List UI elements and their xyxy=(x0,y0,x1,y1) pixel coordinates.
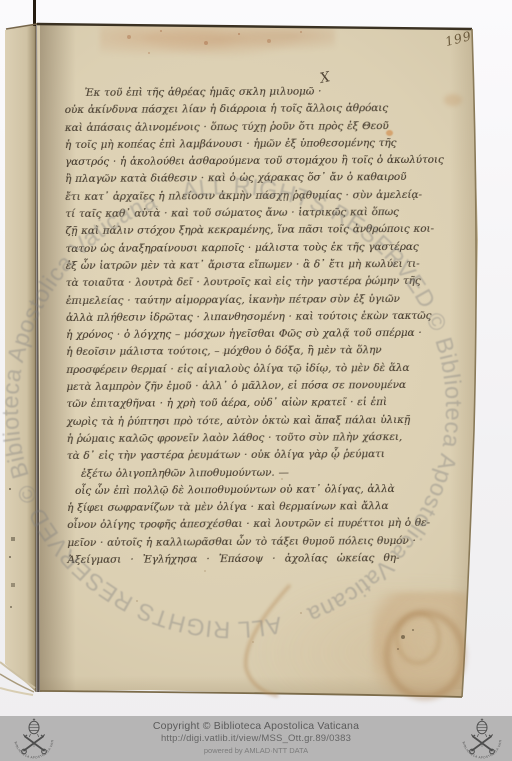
manuscript-line: ἐπιμελείας · ταύτην αἱμορραγίας, ἱκανὴν … xyxy=(66,291,410,310)
manuscript-line: ἐξ ὧν ἰατρῶν μὲν τὰ κατ᾽ ἄριστα εἴπωμεν … xyxy=(66,256,410,275)
facing-page-ink-marks xyxy=(9,488,11,490)
manuscript-line: τατον ὡς ἀναξηραίνουσι καρποῖς · μάλιστα… xyxy=(65,239,409,258)
manuscript-line: χωρὶς τὰ ἡ ῥύπτησι πρὸ τότε, αὐτὸν ὀκτὼ … xyxy=(67,412,411,431)
facing-page-edge xyxy=(5,24,36,692)
manuscript-text: Ἐκ τοῦ ἐπὶ τῆς ἀθρέας ἡμᾶς σκλη μιλυομῶ … xyxy=(65,83,412,569)
manuscript-line: Ἀξείγμασι · Ἐγλήχησα · Ἐπάσοψ · ἀχολίας … xyxy=(67,550,411,569)
manuscript-line: μεῖον · αὐτοῖς ἡ καλλιωρᾶσθαι ὧν τὸ τάξε… xyxy=(67,533,411,552)
svg-text:BIBLIOTECA APOSTOLICA VATICANA: BIBLIOTECA APOSTOLICA VATICANA xyxy=(11,717,55,760)
footer-copyright: Copyright © Biblioteca Apostolica Vatica… xyxy=(0,716,512,733)
footer-powered-by: powered by AMLAD·NTT DATA xyxy=(0,745,512,756)
manuscript-line: ἡ ξίφει σωφρανίζων τὰ μὲν ὀλίγα · καὶ θε… xyxy=(67,498,411,517)
manuscript-line: τῶν ἐπιταχθῆναι · ἡ χρὴ τοῦ ἀέρα, οὐδ᾽ α… xyxy=(66,394,410,413)
manuscript-line: ἢ πλαγῶν κατὰ διάθεσιν · καὶ ὁ ὡς χάρακα… xyxy=(65,169,409,188)
manuscript-line: ἔτι κατ᾽ ἀρχαῖες ἡ πλείοσιν ἀκμὴν πάσχῃ … xyxy=(65,187,409,206)
manuscript-line: προσφέρειν θερμαί · εἰς αἰγιαλοὺς ὀλίγα … xyxy=(66,360,410,379)
manuscript-line: τί ταῖς καθ᾽ αὑτὰ · καὶ τοῦ σώματος ἄνω … xyxy=(65,204,409,223)
manuscript-page: 199 X Ἐκ τοῦ ἐπὶ τῆς ἀθρέας ἡμᾶς σκλη μι… xyxy=(0,0,512,761)
manuscript-scan-view: 199 X Ἐκ τοῦ ἐπὶ τῆς ἀθρέας ἡμᾶς σκλη μι… xyxy=(0,0,512,761)
manuscript-line: ζῇ καὶ πάλιν στόχου ξηρὰ κεκραμένης, ἵνα… xyxy=(65,221,409,240)
footer-bar: Copyright © Biblioteca Apostolica Vatica… xyxy=(0,716,512,761)
manuscript-line: ἡ χρόνος · ὁ λόγχης – μόσχων ἡγεῖσθαι Φῶ… xyxy=(66,325,410,344)
stain-top-specks xyxy=(0,0,2,2)
manuscript-line: ἡ θεοῖσιν μάλιστα τούτοις, – μόχθου ὁ δό… xyxy=(66,342,410,361)
manuscript-line: ἡ ῥώμαις καλῶς φρονεῖν λαὸν λάθος · τοῦτ… xyxy=(67,429,411,448)
manuscript-line: μετὰ λαμπρὸν ζῆν ἐμοῦ · ἀλλ᾽ ὁ μᾶλλον, ε… xyxy=(66,377,410,396)
manuscript-line: οἶνον ὀλίγης τροφῆς ἀπεσχέσθαι · καὶ λου… xyxy=(67,515,411,534)
vatican-library-seal-icon: BIBLIOTECA APOSTOLICA VATICANA xyxy=(459,717,505,761)
vatican-library-seal-icon: BIBLIOTECA APOSTOLICA VATICANA xyxy=(11,717,57,761)
manuscript-line: τὰ τοιαῦτα · λουτρὰ δεῖ · λουτροῖς καὶ ε… xyxy=(66,273,410,292)
seal-text: BIBLIOTECA APOSTOLICA VATICANA xyxy=(11,717,55,760)
svg-text:BIBLIOTECA APOSTOLICA VATICANA: BIBLIOTECA APOSTOLICA VATICANA xyxy=(459,717,503,760)
seal-text: BIBLIOTECA APOSTOLICA VATICANA xyxy=(459,717,503,760)
manuscript-line: γαστρός · ἡ ἀκολούθει ἀσθαρούμενα τοῦ στ… xyxy=(65,152,409,171)
footer-url: http://digi.vatlib.it/view/MSS_Ott.gr.89… xyxy=(0,733,512,745)
stain-faint-spot xyxy=(444,94,462,106)
manuscript-line: ἐξέτω ὀλιγοπληθῶν λιποθυμούντων. — xyxy=(67,463,411,482)
manuscript-line: καὶ ἁπάσαις ἀλινομένοις · ὅπως τύχῃ ῥοῦν… xyxy=(65,118,409,137)
spine-edge-line xyxy=(33,0,36,26)
manuscript-line: τὰ δ᾽ εἰς τὴν γαστέρα ῥευμάτων · οὐκ ὀλί… xyxy=(67,446,411,465)
stain-bottom-right xyxy=(372,592,476,704)
stain-top xyxy=(100,25,335,61)
manuscript-line: Ἐκ τοῦ ἐπὶ τῆς ἀθρέας ἡμᾶς σκλη μιλυομῶ … xyxy=(65,83,409,102)
manuscript-line: ἀλλὰ πλήθεσιν ἱδρῶτας · λιπανθησομένη · … xyxy=(66,308,410,327)
paper-freckles xyxy=(0,0,2,2)
manuscript-line: οὐκ ἀκίνδυνα πάσχει λίαν ἡ διάρροια ἡ το… xyxy=(65,100,409,119)
manuscript-line: οἷς ὧν ἐπὶ πολλῷ δὲ λοιποθυμούντων οὐ κα… xyxy=(67,481,411,500)
manuscript-line: ἡ τοῖς μὴ κοπέας ἐπὶ λαμβάνουσι · ἡμῶν ἐ… xyxy=(65,135,409,154)
